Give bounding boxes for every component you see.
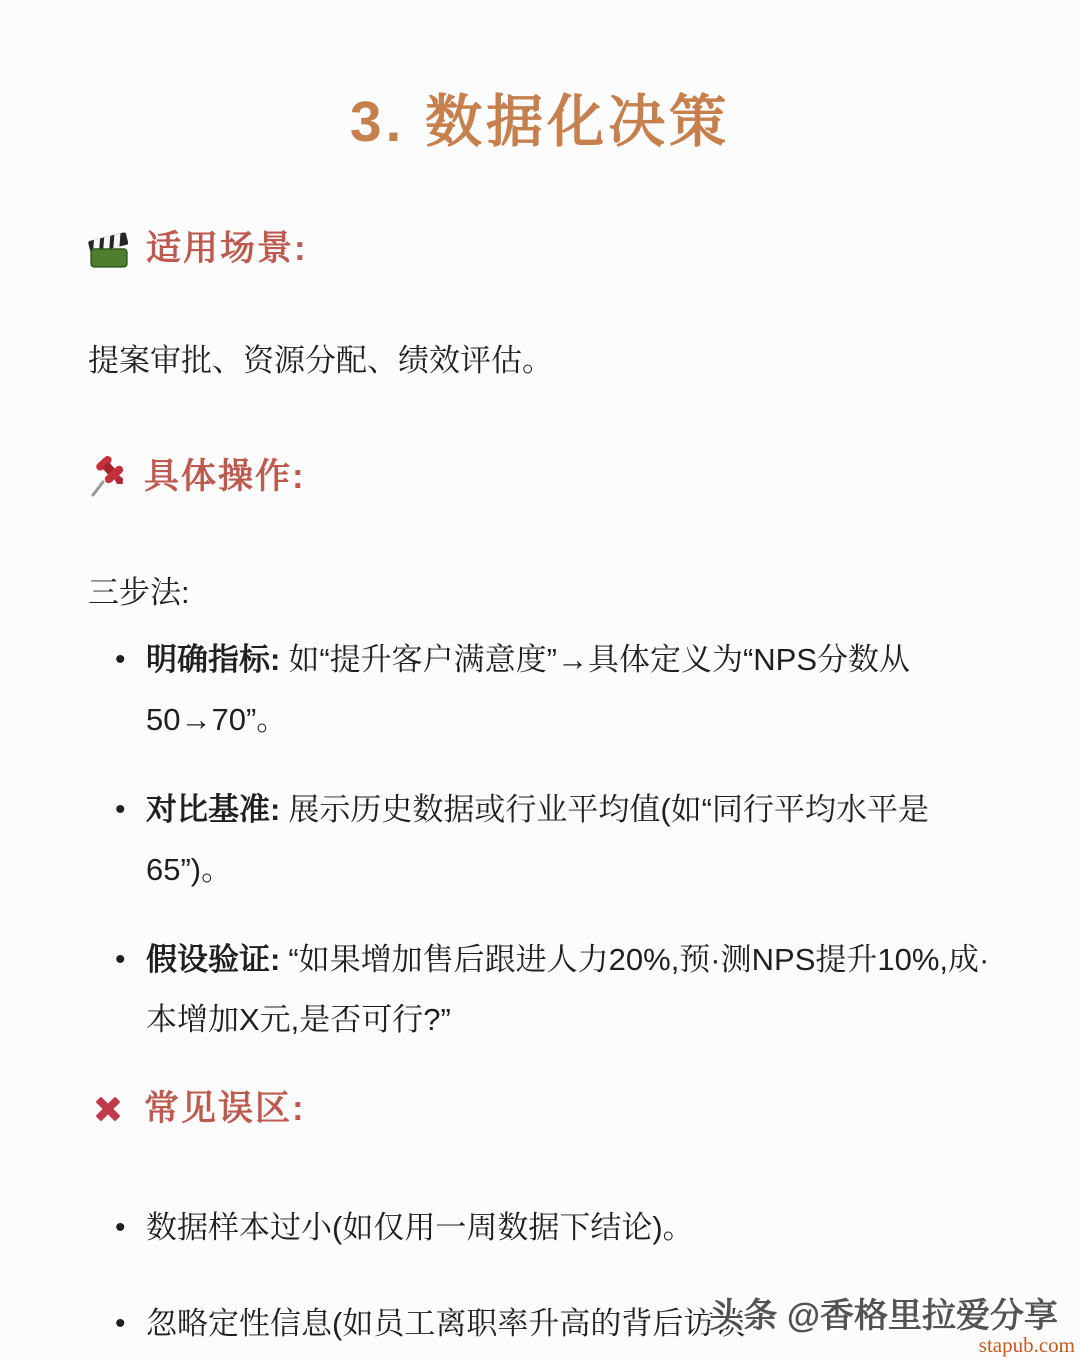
list-item-body: 数据样本过小(如仅用一周数据下结论)。 — [146, 1198, 992, 1258]
list-item-label: 对比基准: — [146, 792, 280, 827]
list-item-text: 假设验证:“如果增加售后跟进人力20%,预·测NPS提升10%,成·本增加X元,… — [146, 930, 992, 1050]
infographic-page: 3. 数据化决策 适用场景: 提案审批、资源分配、绩效评估。 — [0, 0, 1080, 1360]
section-scenarios: 适用场景: 提案审批、资源分配、绩效评估。 — [88, 226, 992, 384]
bullet-dot-icon: • — [115, 630, 146, 750]
list-item: • 对比基准:展示历史数据或行业平均值(如“同行平均水平是65”)。 — [88, 780, 992, 900]
clapperboard-icon — [88, 228, 130, 270]
section-steps: 具体操作: 三步法: • 明确指标:如“提升客户满意度”→具体定义为“NPS分数… — [88, 454, 992, 1050]
page-title: 3. 数据化决策 — [88, 88, 992, 156]
section-steps-heading: 具体操作: — [88, 454, 992, 500]
bullet-dot-icon: • — [115, 780, 146, 900]
section-scenarios-heading-label: 适用场景: — [146, 226, 308, 272]
section-scenarios-heading: 适用场景: — [88, 226, 992, 272]
author-watermark: 头条 @香格里拉爱分享 — [709, 1288, 1058, 1337]
bullet-dot-icon: • — [115, 930, 146, 1050]
list-item: • 假设验证:“如果增加售后跟进人力20%,预·测NPS提升10%,成·本增加X… — [88, 930, 992, 1050]
section-steps-intro: 三步法: — [88, 570, 992, 616]
list-item-label: 明确指标: — [146, 642, 280, 677]
steps-list: • 明确指标:如“提升客户满意度”→具体定义为“NPS分数从50→70”。 • … — [88, 630, 992, 1050]
list-item: • 明确指标:如“提升客户满意度”→具体定义为“NPS分数从50→70”。 — [88, 630, 992, 750]
site-watermark: stapub.com — [979, 1333, 1075, 1358]
pushpin-icon — [88, 455, 128, 499]
section-steps-heading-label: 具体操作: — [144, 454, 306, 500]
bullet-dot-icon: • — [115, 1198, 146, 1258]
cross-mark-icon — [88, 1089, 128, 1129]
bullet-dot-icon: • — [115, 1294, 146, 1354]
section-scenarios-body: 提案审批、资源分配、绩效评估。 — [88, 338, 992, 384]
section-pitfalls-heading: 常见误区: — [88, 1086, 992, 1132]
list-item-label: 假设验证: — [146, 942, 280, 977]
list-item: • 数据样本过小(如仅用一周数据下结论)。 — [88, 1198, 992, 1258]
section-pitfalls-heading-label: 常见误区: — [144, 1086, 306, 1132]
list-item-text: 明确指标:如“提升客户满意度”→具体定义为“NPS分数从50→70”。 — [146, 630, 992, 750]
list-item-text: 对比基准:展示历史数据或行业平均值(如“同行平均水平是65”)。 — [146, 780, 992, 900]
